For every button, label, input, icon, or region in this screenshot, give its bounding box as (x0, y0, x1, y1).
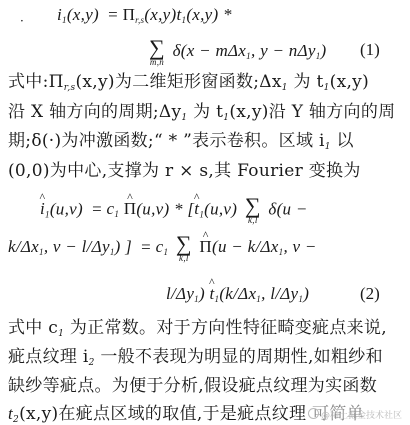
paragraph-2-line-1: 式中 c1 为正常数。对于方向性特征畸变疵点来说, (8, 318, 387, 344)
stray-dot: · (20, 14, 24, 28)
paragraph-1-line-1: 式中:Πr,s(x,y)为二维矩形窗函数;Δx1 为 t1(x,y) (8, 72, 369, 98)
paragraph-1-line-2: 沿 X 轴方向的周期;Δy1 为 t1(x,y)沿 Y 轴方向的周 (8, 102, 395, 128)
equation-2-line-2: k/Δx1, v − l/Δy1) ] = c1 ∑ k,l Π(u − k/Δ… (8, 234, 317, 263)
equation-2-line-3: l/Δy1) t1(k/Δx1, l/Δy1) (166, 284, 309, 309)
equation-1-line-2: ∑ m,n δ(x − mΔx1, y − nΔy1) (146, 38, 327, 67)
watermark: @稀土掘金技术社区 (308, 408, 402, 421)
equation-1-number: (1) (360, 40, 380, 60)
equation-2-line-1: i1(u,v) = c1 Π(u,v) * [t1(u,v) ∑ k,l δ(u… (40, 196, 308, 225)
equation-2-number: (2) (360, 284, 380, 304)
document-page: · i1(x,y) = Πr,s(x,y)t1(x,y) * ∑ m,n δ(x… (0, 0, 410, 425)
summation-symbol: ∑ k,l (242, 196, 264, 225)
summation-symbol: ∑ m,n (146, 38, 168, 67)
paragraph-1-line-3: 期;δ(·)为冲激函数;“ * ”表示卷积。区域 i1 以 (8, 131, 354, 157)
paragraph-2-line-2: 疵点纹理 i2 一般不表现为明显的周期性,如粗纱和 (8, 347, 383, 373)
equation-1-line-1: i1(x,y) = Πr,s(x,y)t1(x,y) * (57, 5, 232, 30)
paragraph-1-line-4: (0,0)为中心,支撑为 r × s,其 Fourier 变换为 (8, 161, 361, 181)
summation-symbol: ∑ k,l (173, 234, 195, 263)
watermark-logo-icon (308, 408, 319, 419)
paragraph-2-line-3: 缺纱等疵点。为便于分析,假设疵点纹理为实函数 (8, 376, 377, 396)
